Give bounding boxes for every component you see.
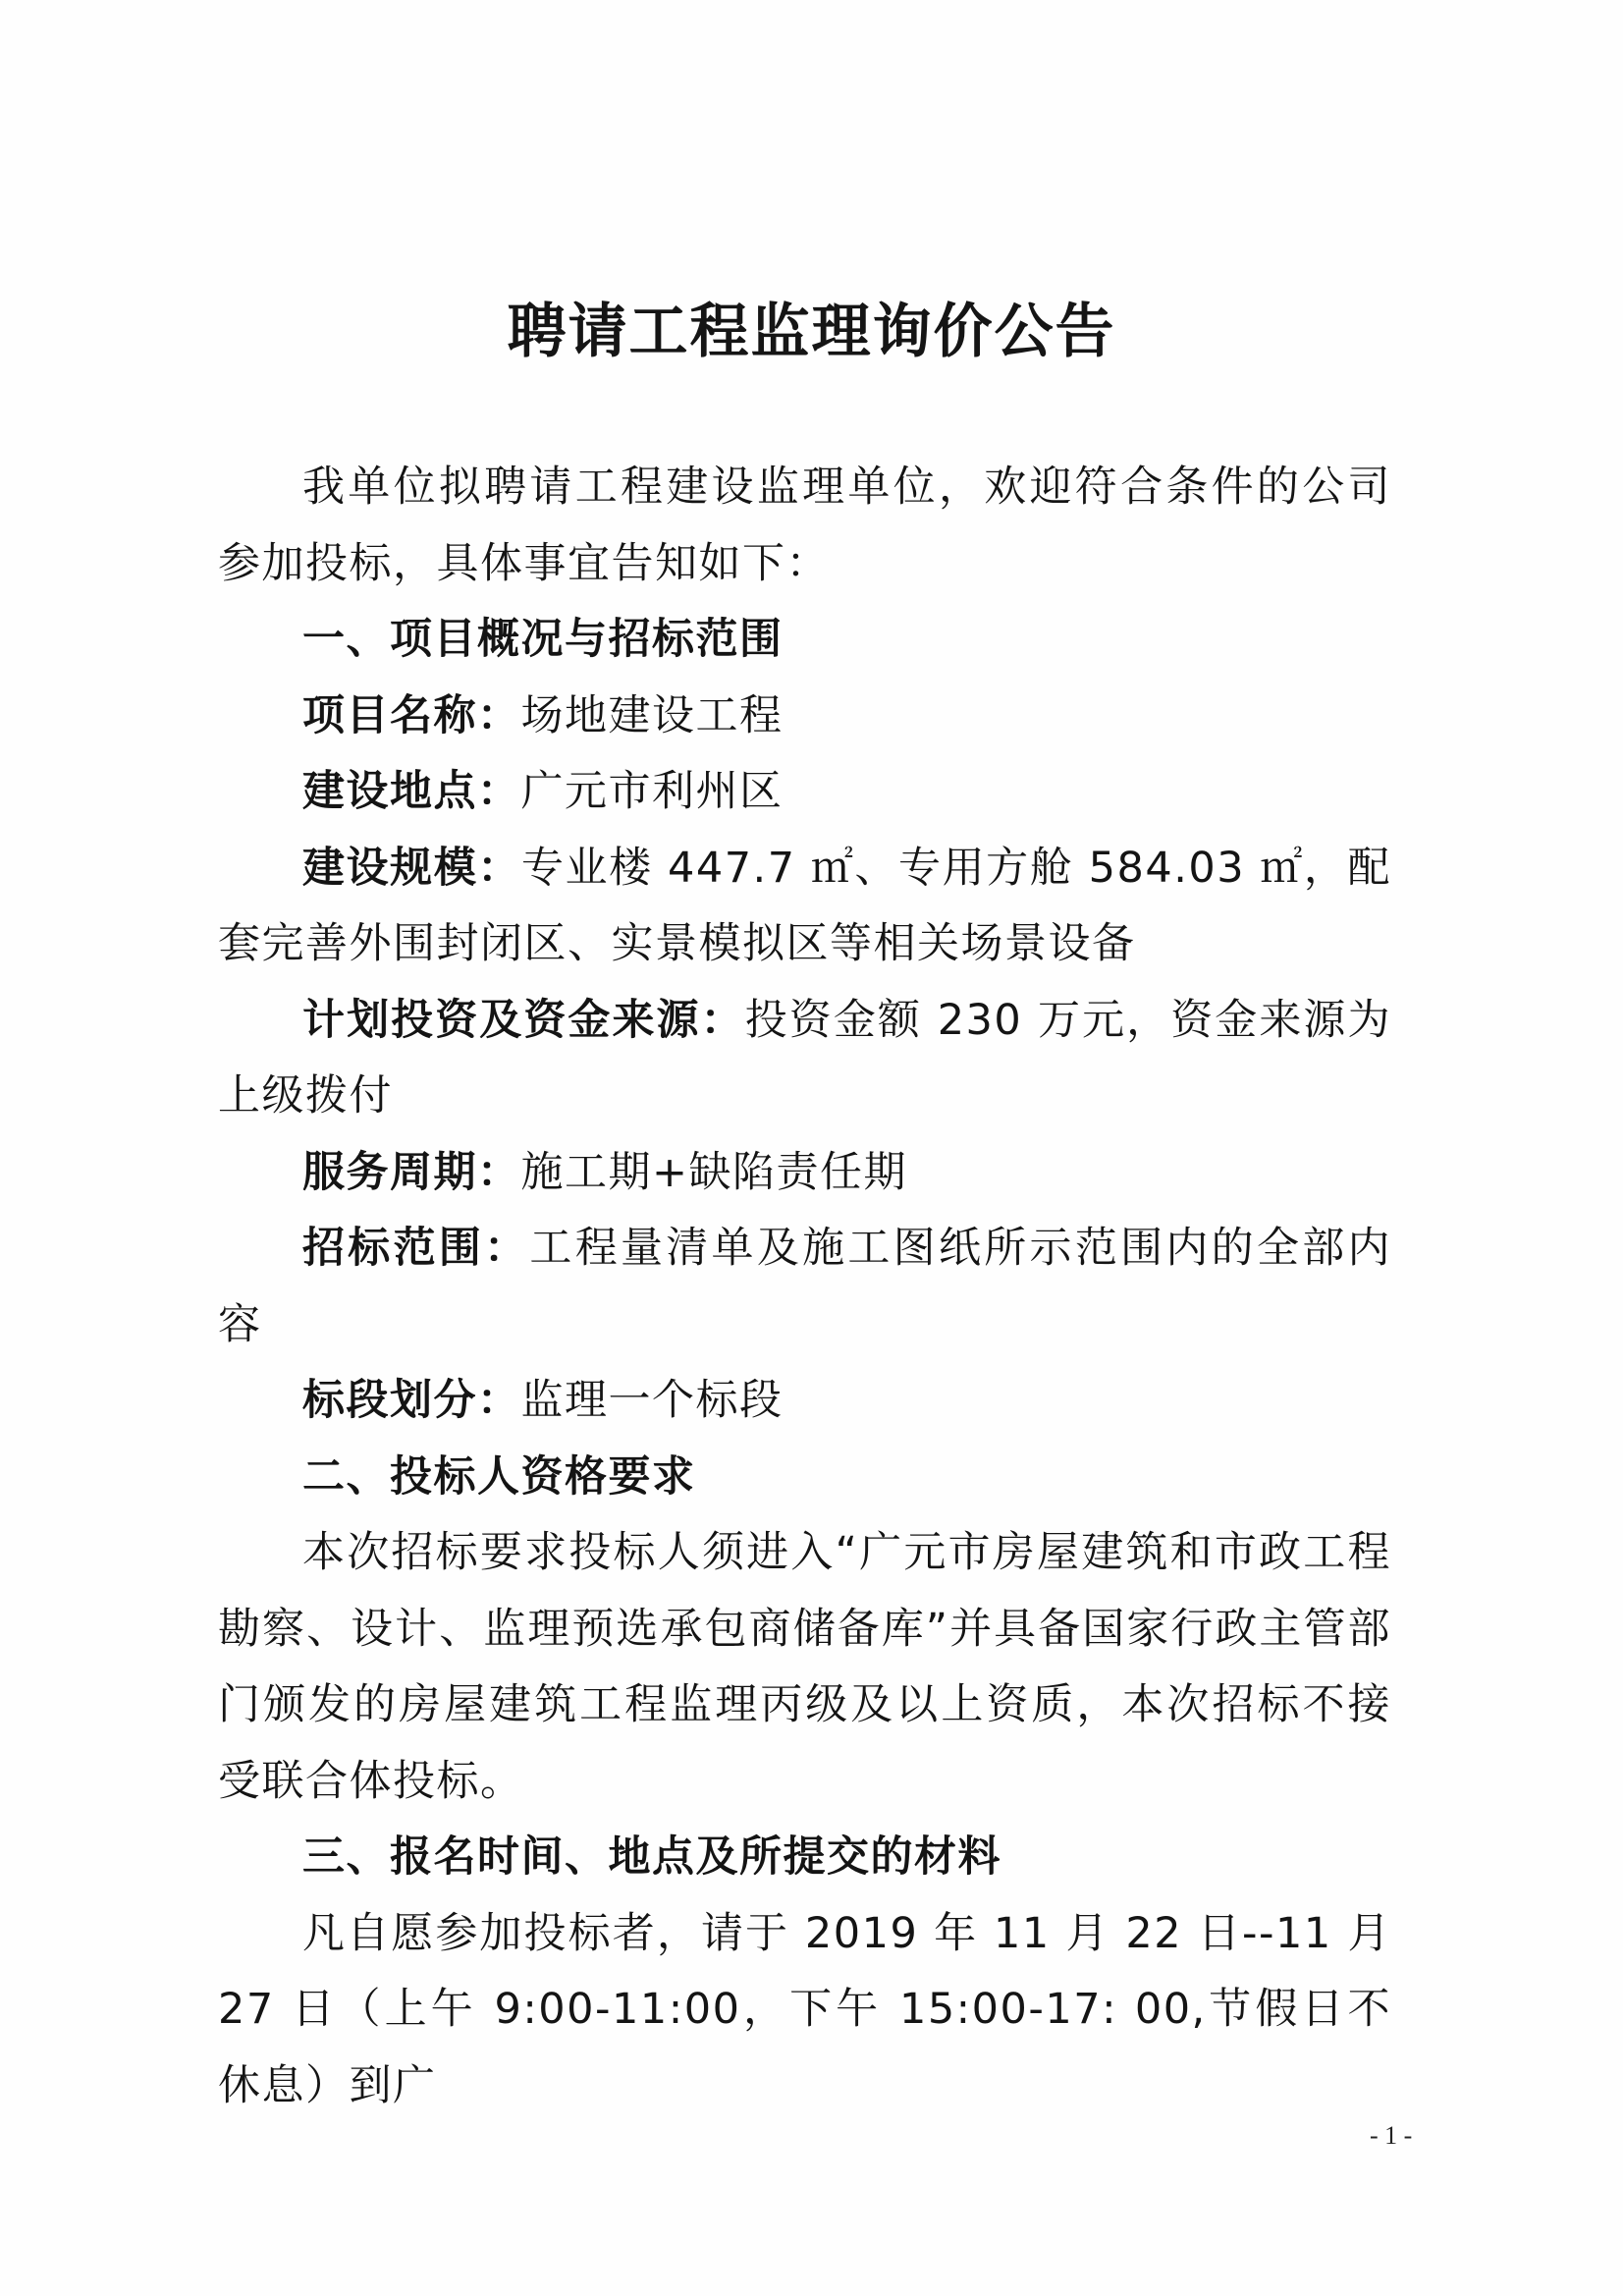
item-bid-scope: 招标范围：工程量清单及施工图纸所示范围内的全部内容: [218, 1211, 1391, 1363]
document-title: 聘请工程监理询价公告: [0, 285, 1623, 369]
section-3-paragraph: 凡自愿参加投标者，请于 2019 年 11 月 22 日--11 月 27 日（…: [218, 1896, 1391, 2125]
item-investment: 计划投资及资金来源：投资金额 230 万元，资金来源为上级拨付: [218, 983, 1391, 1135]
item-label: 招标范围：: [302, 1224, 529, 1273]
document-body: 我单位拟聘请工程建设监理单位，欢迎符合条件的公司参加投标，具体事宜告知如下： 一…: [218, 450, 1391, 2124]
section-3-heading: 三、报名时间、地点及所提交的材料: [218, 1820, 1391, 1896]
item-label: 建设规模：: [302, 844, 521, 893]
item-label: 计划投资及资金来源：: [302, 996, 745, 1045]
item-value: 施工期+缺陷责任期: [521, 1148, 908, 1197]
document-page: 聘请工程监理询价公告 我单位拟聘请工程建设监理单位，欢迎符合条件的公司参加投标，…: [0, 0, 1623, 2296]
item-label: 建设地点：: [302, 767, 521, 816]
section-2-heading: 二、投标人资格要求: [218, 1440, 1391, 1516]
item-scale: 建设规模：专业楼 447.7 ㎡、专用方舱 584.03 ㎡，配套完善外围封闭区…: [218, 831, 1391, 983]
item-value: 场地建设工程: [521, 691, 784, 740]
item-label: 项目名称：: [302, 691, 521, 740]
item-label: 标段划分：: [302, 1376, 521, 1425]
section-2-paragraph: 本次招标要求投标人须进入“广元市房屋建筑和市政工程勘察、设计、监理预选承包商储备…: [218, 1515, 1391, 1820]
intro-paragraph: 我单位拟聘请工程建设监理单位，欢迎符合条件的公司参加投标，具体事宜告知如下：: [218, 450, 1391, 602]
item-lot-division: 标段划分：监理一个标段: [218, 1363, 1391, 1440]
item-service-period: 服务周期：施工期+缺陷责任期: [218, 1135, 1391, 1212]
item-value: 广元市利州区: [521, 767, 784, 816]
item-project-name: 项目名称：场地建设工程: [218, 679, 1391, 755]
page-number: - 1 -: [1370, 2121, 1412, 2151]
item-label: 服务周期：: [302, 1148, 521, 1197]
section-1-heading: 一、项目概况与招标范围: [218, 602, 1391, 679]
item-location: 建设地点：广元市利州区: [218, 754, 1391, 831]
item-value: 监理一个标段: [521, 1376, 784, 1425]
